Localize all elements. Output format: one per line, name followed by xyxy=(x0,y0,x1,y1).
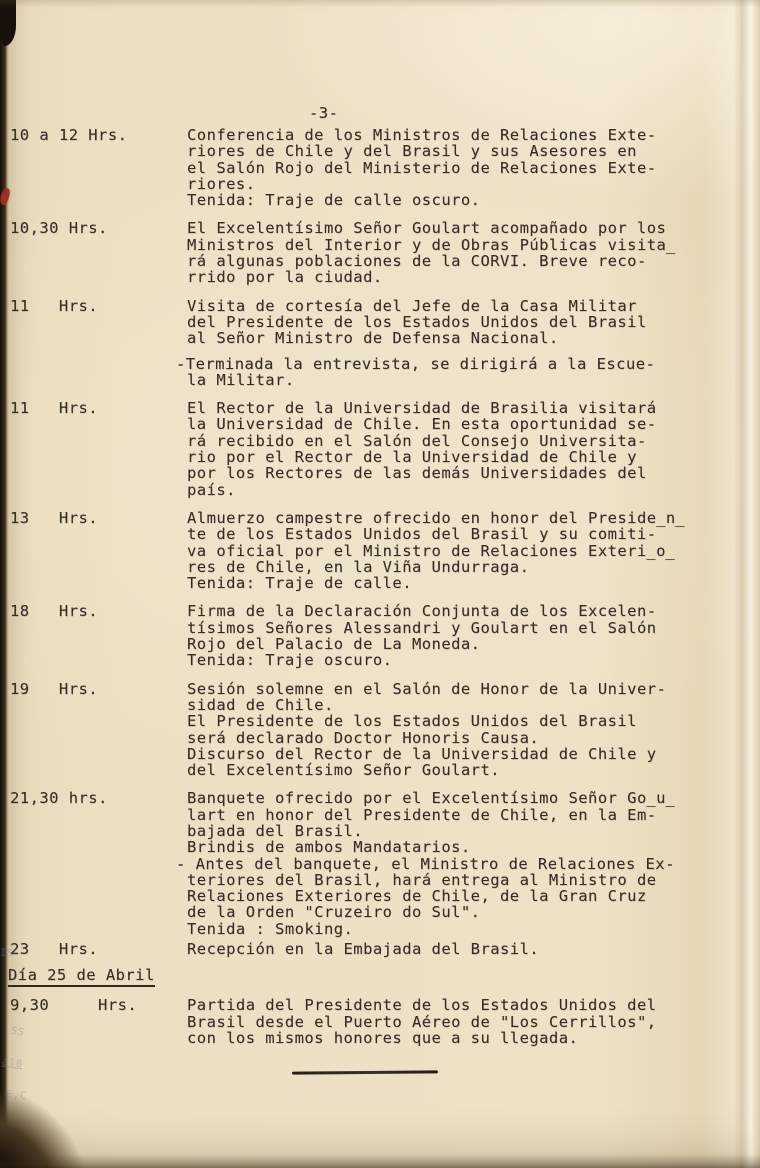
entry-description: Conferencia de los Ministros de Relacion… xyxy=(187,127,673,208)
entry-line: tísimos Señores Alessandri y Goulart en … xyxy=(187,620,673,636)
schedule-entry: 11 Hrs.El Rector de la Universidad de Br… xyxy=(0,400,748,498)
entry-paragraph: Visita de cortesía del Jefe de la Casa M… xyxy=(187,298,673,347)
entry-line: -Terminada la entrevista, se dirigirá a … xyxy=(176,356,673,372)
entry-description: El Rector de la Universidad de Brasilia … xyxy=(187,400,673,498)
entry-line: El Presidente de los Estados Unidos del … xyxy=(187,713,673,729)
entry-line: Brasil desde el Puerto Aéreo de "Los Cer… xyxy=(187,1014,673,1030)
entry-paragraph: El Excelentísimo Señor Goulart acompañad… xyxy=(187,220,673,285)
entry-line: rrido por la ciudad. xyxy=(187,269,673,285)
entry-line: riores de Chile y del Brasil y sus Aseso… xyxy=(187,143,673,159)
entry-line: Banquete ofrecido por el Excelentísimo S… xyxy=(187,790,673,806)
entry-line: del Excelentísimo Señor Goulart. xyxy=(187,762,673,778)
entry-description: Visita de cortesía del Jefe de la Casa M… xyxy=(187,298,673,388)
entry-time: 13 Hrs. xyxy=(0,510,187,526)
entry-time: 11 Hrs. xyxy=(0,298,187,314)
entry-line: sidad de Chile. xyxy=(187,697,673,713)
entry-time: 23 Hrs. xyxy=(0,941,187,957)
day-heading: Día 25 de Abril xyxy=(8,966,155,987)
entry-line: Rojo del Palacio de La Moneda. xyxy=(187,636,673,652)
schedule-entry: 10 a 12 Hrs.Conferencia de los Ministros… xyxy=(0,127,748,208)
entry-description: Sesión solemne en el Salón de Honor de l… xyxy=(187,681,673,779)
entry-line: Relaciones Exteriores de Chile, de la Gr… xyxy=(187,888,673,904)
entry-line: teriores del Brasil, hará entrega al Min… xyxy=(187,872,673,888)
entry-description: Banquete ofrecido por el Excelentísimo S… xyxy=(187,790,673,937)
schedule-entry: 18 Hrs.Firma de la Declaración Conjunta … xyxy=(0,603,748,668)
entry-line: Sesión solemne en el Salón de Honor de l… xyxy=(187,681,673,697)
entry-line: te de los Estados Unidos del Brasil y su… xyxy=(187,526,673,542)
entry-paragraph: Conferencia de los Ministros de Relacion… xyxy=(187,127,673,208)
entry-line: Visita de cortesía del Jefe de la Casa M… xyxy=(187,298,673,314)
entry-line: Recepción en la Embajada del Brasil. xyxy=(187,941,673,957)
entry-line: la Militar. xyxy=(187,372,673,388)
entry-line: Discurso del Rector de la Universidad de… xyxy=(187,746,673,762)
entry-time: 21,30 hrs. xyxy=(0,790,187,806)
entry-paragraph: -Terminada la entrevista, se dirigirá a … xyxy=(187,356,673,389)
entry-line: riores. xyxy=(187,176,673,192)
entry-line: bajada del Brasil. xyxy=(187,823,673,839)
entry-line: Ministros del Interior y de Obras Públic… xyxy=(187,237,673,253)
schedule-entry: 13 Hrs.Almuerzo campestre ofrecido en ho… xyxy=(0,510,748,591)
schedule-entry: 9,30 Hrs.Partida del Presidente de los E… xyxy=(0,997,748,1046)
entry-line: Partida del Presidente de los Estados Un… xyxy=(187,997,673,1013)
entry-description: Almuerzo campestre ofrecido en honor del… xyxy=(187,510,673,591)
entry-line: res de Chile, en la Viña Undurraga. xyxy=(187,559,673,575)
entry-line: Tenida : Smoking. xyxy=(187,921,673,937)
schedule-entry: 23 Hrs.Recepción en la Embajada del Bras… xyxy=(0,941,748,957)
entry-line: del Presidente de los Estados Unidos del… xyxy=(187,314,673,330)
entry-line: lart en honor del Presidente de Chile, e… xyxy=(187,807,673,823)
page-number: -3- xyxy=(309,104,338,122)
entry-line: Almuerzo campestre ofrecido en honor del… xyxy=(187,510,673,526)
entry-time: 9,30 Hrs. xyxy=(0,997,187,1013)
entry-line: rá recibido en el Salón del Consejo Univ… xyxy=(187,433,673,449)
entry-paragraph: Almuerzo campestre ofrecido en honor del… xyxy=(187,510,673,591)
entry-line: rá algunas poblaciones de la CORVI. Brev… xyxy=(187,253,673,269)
entry-paragraph: Partida del Presidente de los Estados Un… xyxy=(187,997,673,1046)
entry-line: país. xyxy=(187,482,673,498)
entry-line: Tenida: Traje de calle oscuro. xyxy=(187,192,673,208)
top-edge-shadow xyxy=(0,0,760,7)
entry-line: Firma de la Declaración Conjunta de los … xyxy=(187,603,673,619)
entry-line: va oficial por el Ministro de Relaciones… xyxy=(187,543,673,559)
entry-line: El Excelentísimo Señor Goulart acompañad… xyxy=(187,220,673,236)
entry-line: con los mismos honores que a su llegada. xyxy=(187,1030,673,1046)
entry-paragraph: Sesión solemne en el Salón de Honor de l… xyxy=(187,681,673,779)
entry-line: al Señor Ministro de Defensa Nacional. xyxy=(187,330,673,346)
schedule: 10 a 12 Hrs.Conferencia de los Ministros… xyxy=(0,127,748,1058)
entry-description: Partida del Presidente de los Estados Un… xyxy=(187,997,673,1046)
entry-time: 18 Hrs. xyxy=(0,603,187,619)
entry-description: El Excelentísimo Señor Goulart acompañad… xyxy=(187,220,673,285)
entry-line: El Rector de la Universidad de Brasilia … xyxy=(187,400,673,416)
entry-line: por los Rectores de las demás Universida… xyxy=(187,465,673,481)
entry-time: 11 Hrs. xyxy=(0,400,187,416)
entry-line: Conferencia de los Ministros de Relacion… xyxy=(187,127,673,143)
entry-line: Tenida: Traje oscuro. xyxy=(187,652,673,668)
schedule-entry: 10,30 Hrs.El Excelentísimo Señor Goulart… xyxy=(0,220,748,285)
entry-line: - Antes del banquete, el Ministro de Rel… xyxy=(176,856,673,872)
entry-line: la Universidad de Chile. En esta oportun… xyxy=(187,416,673,432)
end-rule xyxy=(292,1070,438,1074)
schedule-entry: 11 Hrs.Visita de cortesía del Jefe de la… xyxy=(0,298,748,388)
entry-time: 19 Hrs. xyxy=(0,681,187,697)
entry-paragraph: El Rector de la Universidad de Brasilia … xyxy=(187,400,673,498)
entry-line: será declarado Doctor Honoris Causa. xyxy=(187,730,673,746)
bottom-edge-shadow xyxy=(0,1154,760,1168)
entry-description: Recepción en la Embajada del Brasil. xyxy=(187,941,673,957)
scanned-document-page: IS .SS al0 E,C -3- 10 a 12 Hrs.Conferenc… xyxy=(0,0,760,1168)
entry-time: 10 a 12 Hrs. xyxy=(0,127,187,143)
schedule-entry: 21,30 hrs.Banquete ofrecido por el Excel… xyxy=(0,790,748,937)
entry-line: de la Orden "Cruzeiro do Sul". xyxy=(187,904,673,920)
entry-line: Brindis de ambos Mandatarios. xyxy=(187,839,673,855)
entry-line: rio por el Rector de la Universidad de C… xyxy=(187,449,673,465)
entry-time: 10,30 Hrs. xyxy=(0,220,187,236)
entry-line: el Salón Rojo del Ministerio de Relacion… xyxy=(187,160,673,176)
entry-paragraph: Firma de la Declaración Conjunta de los … xyxy=(187,603,673,668)
entry-line: Tenida: Traje de calle. xyxy=(187,575,673,591)
entry-paragraph: Recepción en la Embajada del Brasil. xyxy=(187,941,673,957)
entry-paragraph: Banquete ofrecido por el Excelentísimo S… xyxy=(187,790,673,937)
schedule-entry: 19 Hrs.Sesión solemne en el Salón de Hon… xyxy=(0,681,748,779)
entry-description: Firma de la Declaración Conjunta de los … xyxy=(187,603,673,668)
